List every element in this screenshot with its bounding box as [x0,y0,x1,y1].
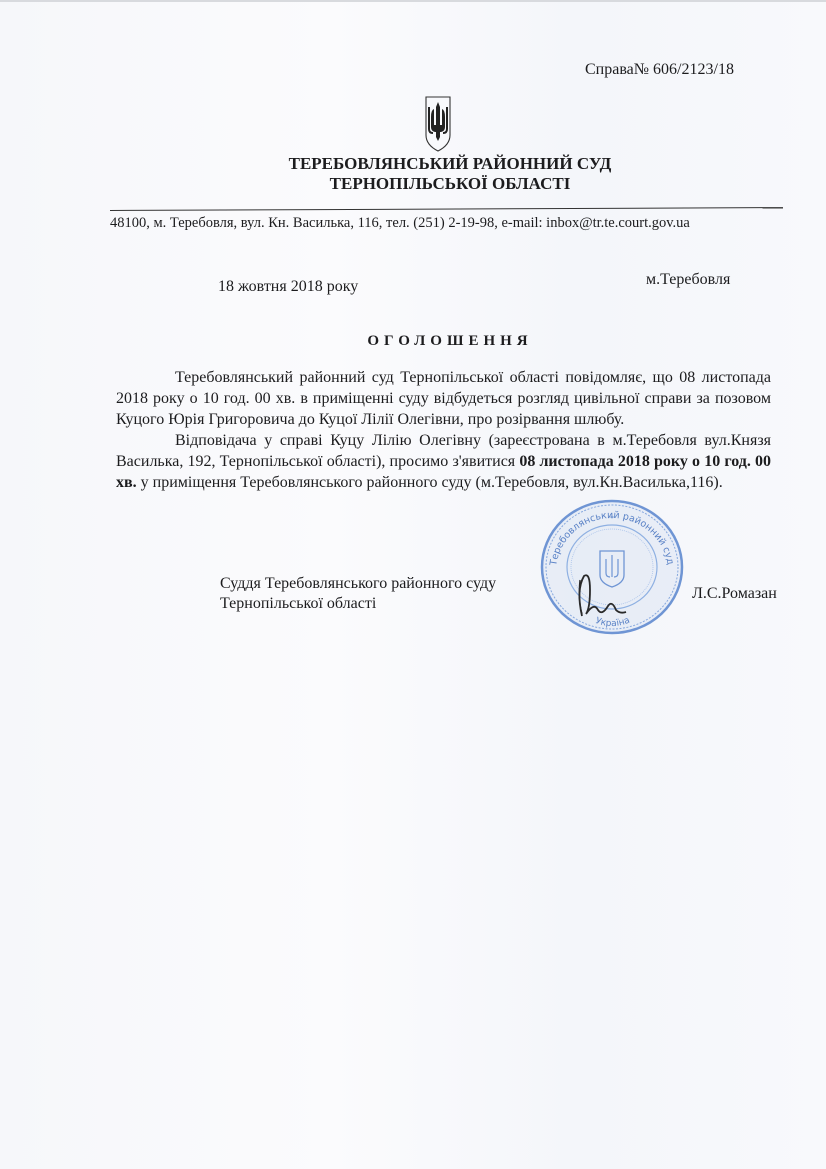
case-number: Справа№ 606/2123/18 [585,61,734,79]
judge-title: Суддя Теребовлянського районного суду Те… [220,574,496,614]
paragraph-summons: Відповідача у справі Куцу Лілію Олегівну… [116,430,771,493]
court-address: 48100, м. Теребовля, вул. Кн. Василька, … [110,215,690,232]
court-name-line1: ТЕРЕБОВЛЯНСЬКИЙ РАЙОННИЙ СУД [0,154,826,174]
svg-text:*: * [610,514,614,523]
paragraph-hearing-notice: Теребовлянський районний суд Тернопільсь… [116,367,771,430]
judge-name: Л.С.Ромазан [692,585,777,603]
judge-signature-icon [568,570,628,620]
document-page: Справа№ 606/2123/18 ТЕРЕБОВЛЯНСЬКИЙ РАЙО… [0,0,826,1169]
document-city: м.Теребовля [646,271,730,289]
trident-emblem-icon [424,95,452,153]
document-title: ОГОЛОШЕННЯ [0,333,826,350]
court-name: ТЕРЕБОВЛЯНСЬКИЙ РАЙОННИЙ СУД ТЕРНОПІЛЬСЬ… [0,154,826,194]
scan-edge [0,0,826,2]
header-divider [110,207,783,211]
court-name-line2: ТЕРНОПІЛЬСЬКОЇ ОБЛАСТІ [0,174,826,194]
summons-text-part2: у приміщення Теребовлянського районного … [137,474,723,491]
document-date: 18 жовтня 2018 року [218,278,358,296]
announcement-body: Теребовлянський районний суд Тернопільсь… [116,367,771,493]
judge-title-line1: Суддя Теребовлянського районного суду [220,574,496,594]
judge-title-line2: Тернопільської області [220,594,496,614]
